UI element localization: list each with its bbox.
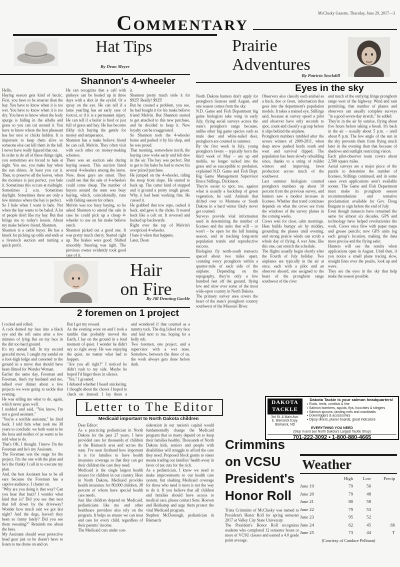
ad-bullet: Dipsy divers, planer boards, great indic… [307, 418, 398, 422]
weather-header-high: High [332, 475, 353, 483]
weather-top-rule [300, 454, 397, 456]
cowboy-hat-photo [14, 38, 58, 66]
weather-header-row: High Low Precip [300, 475, 397, 483]
ad-logo-block: DAKOTA TACKLE 3rd St. & Main Ave. E. Bis… [266, 397, 304, 427]
hair-top-hairline [0, 257, 190, 258]
foremen-headline: 2 foremen on 1 project [66, 309, 190, 319]
ad-brand-line1: DAKOTA [267, 400, 303, 407]
prairie-byline: By Patricia Stockdill [240, 73, 340, 78]
hair-byline: By Jill Denning Gackle [95, 296, 190, 301]
ad-copy-block: Dakota Tackle is your salmon headquarter… [304, 397, 398, 427]
letter-column-2: sideration in our nation's capital would… [146, 423, 214, 558]
header-hairline [253, 29, 397, 30]
eyes-column-3: and much of the outlying fringe pronghor… [328, 94, 397, 389]
weather-title: Weather [300, 457, 399, 473]
weather-row: June 22 79 53 [300, 506, 397, 514]
weather-courtesy: (Courtesy of Candace Pellman) [300, 538, 397, 543]
shannon-column-2: He can recognize that a calf with pinkey… [66, 88, 126, 257]
crimmins-headline: Crimmins on VCSU President's Honor Roll [225, 436, 300, 505]
hair-title-line1: Hair [100, 261, 192, 279]
ad-visit-line: (Stop in and see North Dakota's Largest … [266, 430, 398, 434]
letter-column-1: Dear Editor: As a practicing pediatricia… [78, 423, 143, 558]
shannon-headline: Shannon's 4-wheeler [66, 77, 190, 87]
weather-table: High Low Precip June 19 79 50 June 20 79… [300, 475, 397, 565]
weather-row: June 25 73 44 T [300, 529, 397, 537]
eyes-headline: Eyes in the sky [262, 84, 397, 94]
eyes-column-2: Observers also classify each animal as a… [262, 94, 324, 389]
ad-phone-numbers: 701-222-3092 • 1-800-880-4665 [268, 434, 397, 440]
weather-row: June 24 62 45 .66 [300, 521, 397, 529]
shannon-column-3: it. Shannon pretty much stole it for $92… [130, 88, 190, 257]
foremen-column-3: and wondered if that counted as a tummy … [131, 322, 190, 397]
weather-header-precip: Precip [371, 475, 395, 483]
foremen-column-2: But I get my reward. As the evening wore… [67, 322, 127, 397]
ad-brand-line2: TACKLE [267, 406, 303, 413]
dakota-tackle-ad: DAKOTA TACKLE 3rd St. & Main Ave. E. Bis… [265, 396, 399, 440]
weather-title-rule [300, 473, 397, 474]
section-masthead: Commentary [50, 11, 315, 36]
ad-tagline: Dakota Tackle is your salmon headquarter… [305, 398, 398, 403]
ad-address: 3rd St. & Main Ave. E. Bismarck Expy. Bi… [266, 415, 304, 426]
weather-header-low: Low [353, 475, 371, 483]
hat-tips-rule [0, 74, 190, 75]
foremen-column-1: I rocked and rolled. A rock dented my fa… [2, 322, 63, 557]
letter-heading: Letter to The Editor [76, 399, 223, 416]
crimmins-body: Trista Crimmins of McClusky was named to… [225, 508, 299, 560]
weather-row: June 19 79 50 [300, 483, 397, 491]
weather-row: June 23 95 52 [300, 514, 397, 522]
jill-denning-gackle-photo [54, 261, 98, 303]
hat-tips-title: Hat Tips [64, 39, 184, 56]
eyes-column-1: North Dakota hunters don't apply for pro… [196, 94, 258, 389]
patricia-stockdill-photo [348, 37, 390, 77]
weather-row: June 20 79 48 [300, 490, 397, 498]
weather-row: June 21 80 58 [300, 498, 397, 506]
prairie-title-line1: Prairie [232, 37, 277, 54]
ad-brand-logo: DAKOTA TACKLE [267, 398, 303, 415]
prairie-title-line2: Adventures [232, 56, 310, 73]
newspaper-page: McClusky Gazette, Thursday, June 29, 201… [0, 0, 400, 567]
ad-bullet-list: Rods, reels, combos & line Salmon bomber… [305, 403, 398, 423]
masthead-rule [13, 34, 217, 36]
shannon-column-1: Hello, Haying season gets kind of hectic… [2, 88, 63, 257]
hat-tips-byline: By Dean Meyer [70, 64, 160, 69]
letter-subhead: Medicaid important to North Dakota child… [76, 416, 221, 422]
